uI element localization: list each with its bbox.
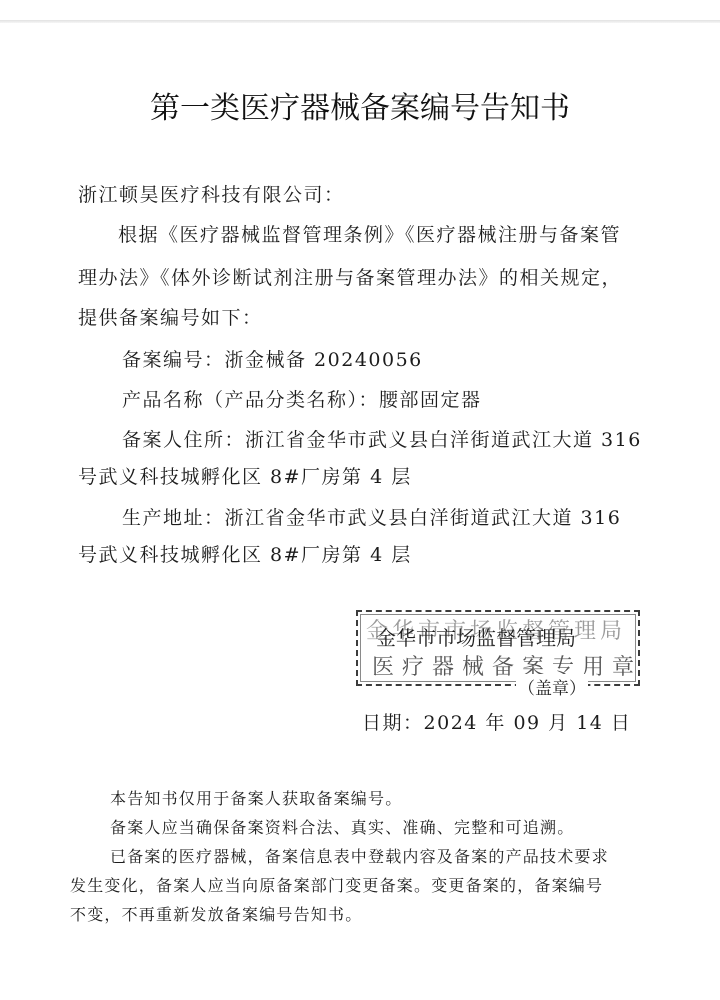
note-2: 备案人应当确保备案资料合法、真实、准确、完整和可追溯。 bbox=[110, 815, 574, 838]
date-value: 2024 年 09 月 14 日 bbox=[424, 712, 632, 734]
registrant-address-row: 备案人住所：浙江省金华市武义县白洋街道武江大道 316 bbox=[122, 425, 642, 452]
document-page: 第一类医疗器械备案编号告知书 浙江顿昊医疗科技有限公司： 根据《医疗器械监督管理… bbox=[0, 0, 720, 1000]
production-address-row: 生产地址：浙江省金华市武义县白洋街道武江大道 316 bbox=[122, 503, 621, 530]
addressee: 浙江顿昊医疗科技有限公司： bbox=[78, 180, 345, 207]
note-3: 已备案的医疗器械，备案信息表中登载内容及备案的产品技术要求 bbox=[110, 844, 609, 867]
stamp-authority: 金华市市场监督管理局 bbox=[376, 622, 576, 651]
product-name-label: 产品名称（产品分类名称）： bbox=[122, 389, 379, 411]
record-number-row: 备案编号：浙金械备 20240056 bbox=[122, 345, 423, 372]
record-number-label: 备案编号： bbox=[122, 349, 225, 371]
intro-line-1: 根据《医疗器械监督管理条例》《医疗器械注册与备案管 bbox=[118, 220, 621, 247]
intro-line-3: 提供备案编号如下： bbox=[78, 303, 263, 330]
date-row: 日期：2024 年 09 月 14 日 bbox=[362, 708, 631, 735]
intro-line-2: 理办法》《体外诊断试剂注册与备案管理办法》的相关规定， bbox=[78, 263, 622, 290]
stamp-purpose: 医疗器械备案专用章 bbox=[372, 650, 642, 681]
product-name-value: 腰部固定器 bbox=[379, 389, 482, 411]
registrant-address-line1: 浙江省金华市武义县白洋街道武江大道 316 bbox=[245, 429, 642, 451]
document-title: 第一类医疗器械备案编号告知书 bbox=[0, 83, 720, 127]
date-label: 日期： bbox=[362, 712, 424, 734]
record-number-value: 浙金械备 20240056 bbox=[225, 349, 423, 371]
note-1: 本告知书仅用于备案人获取备案编号。 bbox=[110, 786, 402, 809]
production-address-line1: 浙江省金华市武义县白洋街道武江大道 316 bbox=[225, 507, 622, 529]
official-stamp: 金华市市场监督管理局 金华市市场监督管理局 医疗器械备案专用章 （盖章） bbox=[356, 610, 640, 686]
registrant-address-label: 备案人住所： bbox=[122, 429, 245, 451]
note-5: 不变，不再重新发放备案编号告知书。 bbox=[70, 902, 362, 925]
stamp-seal-note: （盖章） bbox=[516, 674, 588, 699]
production-address-line2: 号武义科技城孵化区 8#厂房第 4 层 bbox=[78, 540, 412, 567]
product-name-row: 产品名称（产品分类名称）：腰部固定器 bbox=[122, 385, 482, 412]
registrant-address-line2: 号武义科技城孵化区 8#厂房第 4 层 bbox=[78, 462, 412, 489]
note-4: 发生变化，备案人应当向原备案部门变更备案。变更备案的，备案编号 bbox=[70, 873, 603, 896]
production-address-label: 生产地址： bbox=[122, 507, 225, 529]
